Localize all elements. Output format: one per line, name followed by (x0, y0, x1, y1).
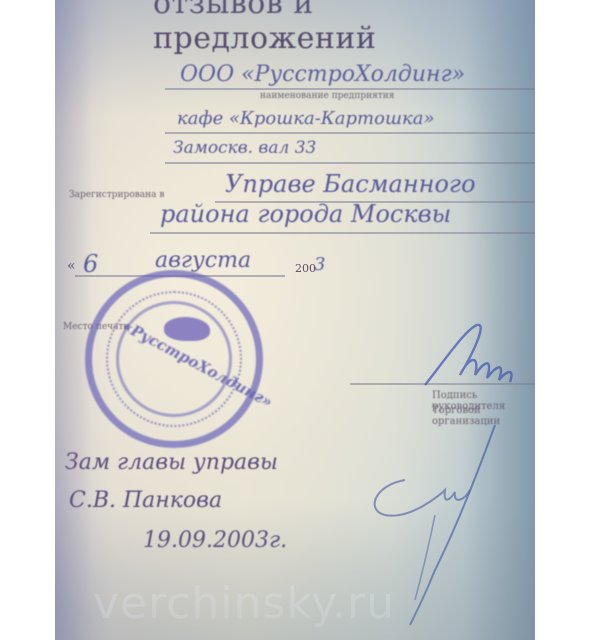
address-line2-handwritten: Замоскв. вал 33 (173, 138, 316, 158)
org-name-handwritten: ООО «РусстроХолдинг» (180, 62, 465, 87)
document-heading: отзывов и предложений (153, 0, 535, 56)
address-line1-rule (165, 132, 535, 134)
date-open-quote: « (67, 258, 76, 274)
note-line2-handwritten: С.В. Панкова (69, 488, 222, 513)
address-line2-rule (165, 162, 535, 164)
note-line1-handwritten: Зам главы управы (65, 450, 278, 475)
org-name-line (165, 88, 535, 90)
date-day-handwritten: 6 (83, 250, 98, 278)
watermark: verchinsky.ru (93, 578, 395, 629)
registered-line2-rule (150, 232, 535, 234)
date-year-handwritten: 3 (314, 254, 325, 275)
stamp-emblem-icon (164, 317, 210, 341)
document-photo: отзывов и предложений ООО «РусстроХолдин… (55, 0, 535, 640)
registered-label: Зарегистрирована в (69, 190, 164, 200)
address-line1-handwritten: кафе «Крошка-Картошка» (177, 108, 435, 129)
org-caption: наименование предприятия (260, 91, 394, 101)
director-signature-icon (415, 320, 525, 400)
date-year-prefix: 200 (295, 262, 316, 275)
note-line3-handwritten: 19.09.2003г. (143, 528, 287, 553)
registered-line2-handwritten: района города Москвы (160, 200, 451, 228)
company-stamp: «РусстроХолдинг» (85, 270, 263, 448)
registered-line1-handwritten: Управе Басманного (225, 170, 476, 198)
